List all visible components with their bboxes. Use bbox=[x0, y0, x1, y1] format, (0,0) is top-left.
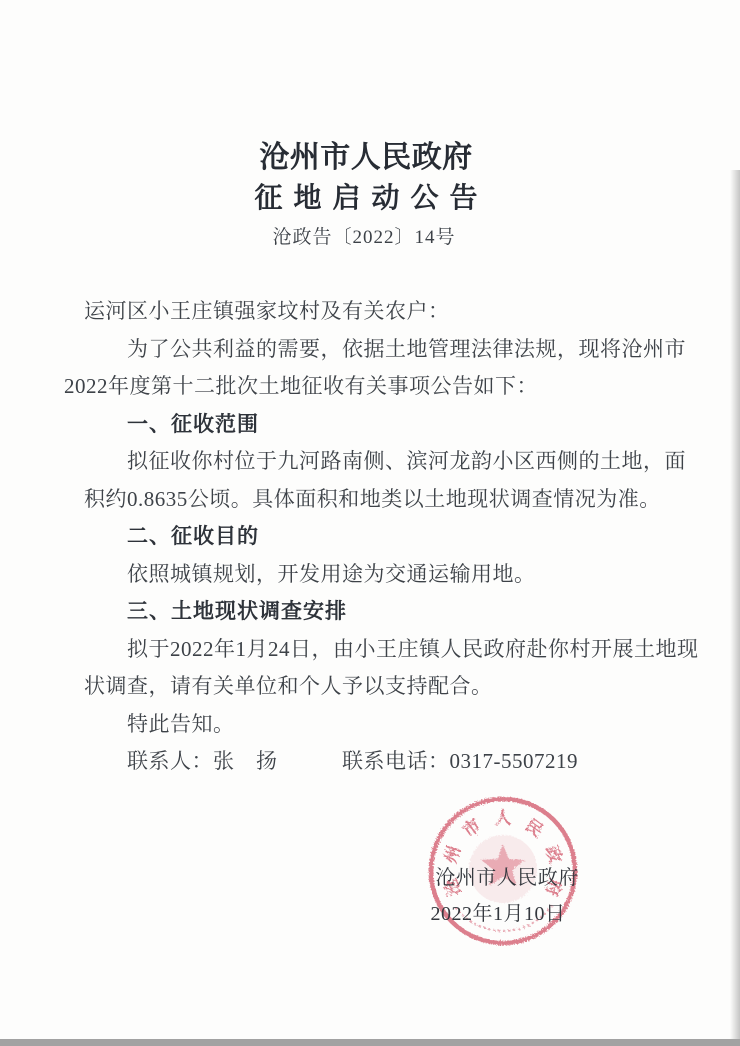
body-line: 积约0.8635公顷。具体面积和地类以土地现状调查情况为准。 bbox=[84, 481, 646, 519]
seal-arc-char: 人 bbox=[495, 809, 512, 828]
body-line: 2022年度第十二批次土地征收有关事项公告如下： bbox=[64, 368, 646, 406]
body-line: 三、土地现状调查安排 bbox=[84, 593, 646, 631]
seal-arc-char: 市 bbox=[459, 815, 485, 841]
body-line: 依照城镇规划，开发用途为交通运输用地。 bbox=[84, 556, 646, 594]
document-number: 沧政告〔2022〕14号 bbox=[0, 228, 728, 249]
signature-issuer: 沧州市人民政府 bbox=[427, 867, 587, 889]
body-line: 状调查，请有关单位和个人予以支持配合。 bbox=[84, 668, 646, 706]
document-body: 运河区小王庄镇强家坟村及有关农户：为了公共利益的需要，依据土地管理法律法规，现将… bbox=[84, 293, 646, 781]
signature-date: 2022年1月10日 bbox=[418, 903, 578, 925]
body-line: 拟征收你村位于九河路南侧、滨河龙韵小区西侧的土地，面 bbox=[84, 443, 646, 481]
seal-arc-char: 政 bbox=[542, 843, 566, 865]
body-line: 联系人：张 扬 联系电话：0317-5507219 bbox=[84, 743, 646, 781]
document-subtitle: 征地启动公告 bbox=[0, 184, 732, 215]
body-line: 一、征收范围 bbox=[84, 406, 646, 444]
body-line: 特此告知。 bbox=[84, 706, 646, 744]
document-title: 沧州市人民政府 bbox=[0, 141, 732, 174]
scan-edge-right bbox=[730, 170, 740, 1040]
body-line: 为了公共利益的需要，依据土地管理法律法规，现将沧州市 bbox=[84, 331, 646, 369]
body-line: 运河区小王庄镇强家坟村及有关农户： bbox=[84, 293, 646, 331]
scan-edge-bottom bbox=[0, 1039, 740, 1046]
seal-arc-char: 民 bbox=[522, 815, 547, 840]
document-page: 沧州市人民政府 征地启动公告 沧政告〔2022〕14号 运河区小王庄镇强家坟村及… bbox=[0, 0, 740, 1046]
body-line: 二、征收目的 bbox=[84, 518, 646, 556]
body-line: 拟于2022年1月24日，由小王庄镇人民政府赴你村开展土地现 bbox=[84, 631, 646, 669]
seal-arc-char: 州 bbox=[441, 844, 464, 866]
